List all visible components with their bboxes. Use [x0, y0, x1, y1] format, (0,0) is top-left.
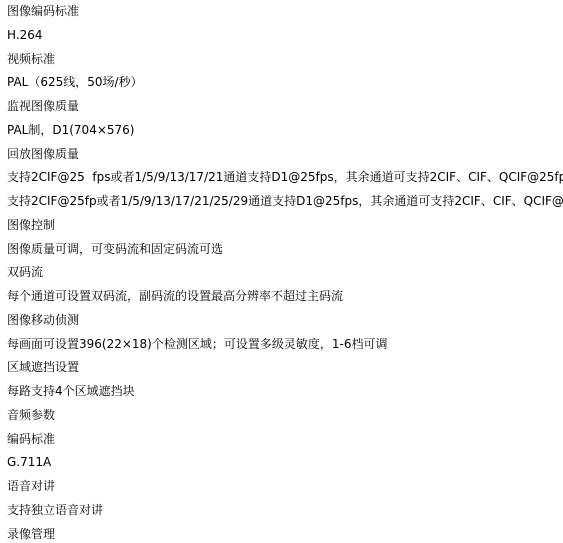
spec-line: 每画面可设置396(22×18)个检测区域；可设置多级灵敏度，1-6档可调	[7, 333, 563, 357]
spec-line: 监视图像质量	[7, 95, 563, 119]
spec-list: 图像编码标准H.264视频标准PAL（625线，50场/秒）监视图像质量PAL制…	[7, 0, 563, 543]
spec-line: 录像管理	[7, 523, 563, 543]
spec-line: H.264	[7, 24, 563, 48]
spec-line: 双码流	[7, 261, 563, 285]
spec-line: 图像控制	[7, 214, 563, 238]
spec-line: PAL制，D1(704×576)	[7, 119, 563, 143]
spec-line: 区域遮挡设置	[7, 356, 563, 380]
spec-line: 每个通道可设置双码流，副码流的设置最高分辨率不超过主码流	[7, 285, 563, 309]
spec-line: 视频标准	[7, 48, 563, 72]
spec-document: 图像编码标准H.264视频标准PAL（625线，50场/秒）监视图像质量PAL制…	[0, 0, 563, 543]
spec-line: PAL（625线，50场/秒）	[7, 71, 563, 95]
spec-line: 支持2CIF@25 fps或者1/5/9/13/17/21通道支持D1@25fp…	[7, 166, 563, 190]
spec-line: 语音对讲	[7, 475, 563, 499]
spec-line: 支持独立语音对讲	[7, 499, 563, 523]
spec-line: 回放图像质量	[7, 143, 563, 167]
spec-line: 图像编码标准	[7, 0, 563, 24]
spec-line: 编码标准	[7, 428, 563, 452]
spec-line: 每路支持4个区域遮挡块	[7, 380, 563, 404]
spec-line: 图像质量可调，可变码流和固定码流可选	[7, 238, 563, 262]
spec-line: 图像移动侦测	[7, 309, 563, 333]
spec-line: 支持2CIF@25fp或者1/5/9/13/17/21/25/29通道支持D1@…	[7, 190, 563, 214]
spec-line: G.711A	[7, 451, 563, 475]
spec-line: 音频参数	[7, 404, 563, 428]
